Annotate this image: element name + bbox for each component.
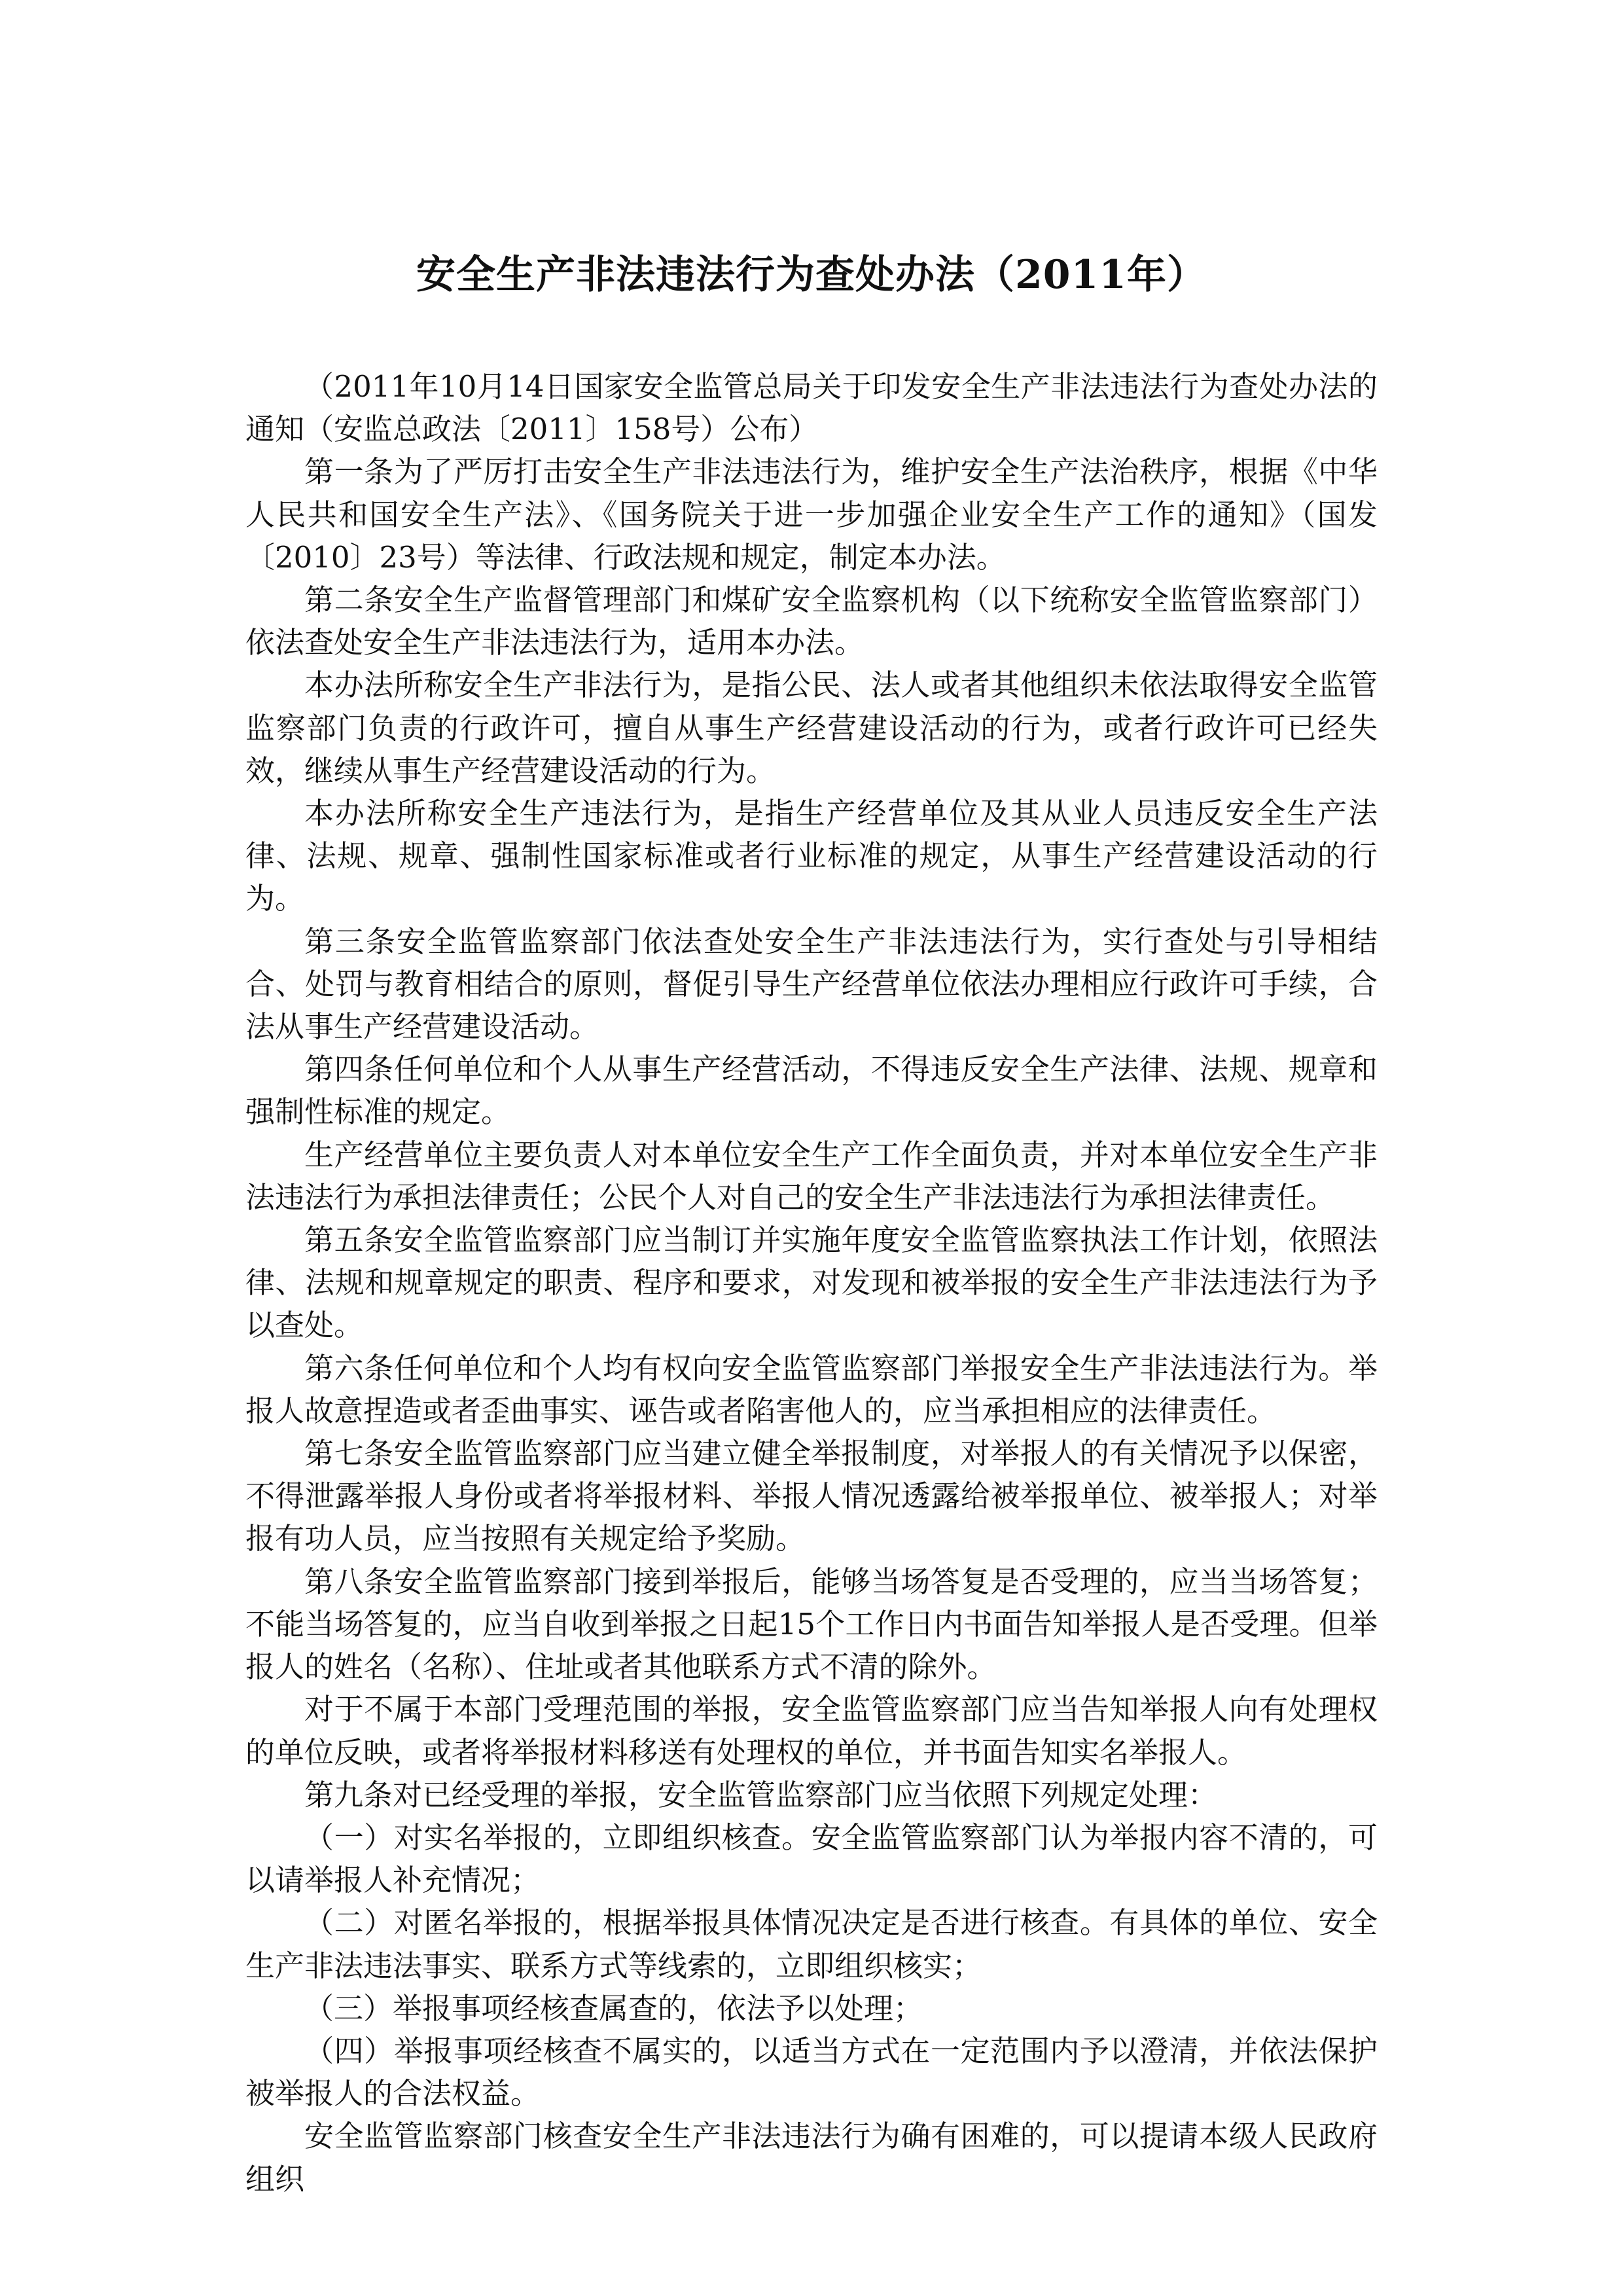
paragraph-article-6: 第六条任何单位和个人均有权向安全监管监察部门举报安全生产非法违法行为。举报人故意… xyxy=(245,1347,1378,1432)
paragraph-article-2: 第二条安全生产监督管理部门和煤矿安全监察机构（以下统称安全监管监察部门）依法查处… xyxy=(245,579,1378,664)
paragraph-article-4-responsibility: 生产经营单位主要负责人对本单位安全生产工作全面负责，并对本单位安全生产非法违法行… xyxy=(245,1134,1378,1219)
document-title: 安全生产非法违法行为查处办法（2011年） xyxy=(245,249,1378,301)
paragraph-article-3: 第三条安全监管监察部门依法查处安全生产非法违法行为，实行查处与引导相结合、处罚与… xyxy=(245,920,1378,1049)
paragraph-article-5: 第五条安全监管监察部门应当制订并实施年度安全监管监察执法工作计划，依照法律、法规… xyxy=(245,1219,1378,1347)
paragraph-article-9-item-1: （一）对实名举报的，立即组织核查。安全监管监察部门认为举报内容不清的，可以请举报… xyxy=(245,1816,1378,1901)
paragraph-violation-definition: 本办法所称安全生产违法行为，是指生产经营单位及其从业人员违反安全生产法律、法规、… xyxy=(245,792,1378,920)
paragraph-article-9-item-2: （二）对匿名举报的，根据举报具体情况决定是否进行核查。有具体的单位、安全生产非法… xyxy=(245,1901,1378,1986)
paragraph-preamble: （2011年10月14日国家安全监管总局关于印发安全生产非法违法行为查处办法的通… xyxy=(245,365,1378,450)
paragraph-article-9-difficulty: 安全监管监察部门核查安全生产非法违法行为确有困难的，可以提请本级人民政府组织 xyxy=(245,2115,1378,2200)
paragraph-article-1: 第一条为了严厉打击安全生产非法违法行为，维护安全生产法治秩序，根据《中华人民共和… xyxy=(245,450,1378,579)
paragraph-illegal-definition: 本办法所称安全生产非法行为，是指公民、法人或者其他组织未依法取得安全监管监察部门… xyxy=(245,664,1378,792)
paragraph-article-9-item-3: （三）举报事项经核查属查的，依法予以处理； xyxy=(245,1987,1378,2030)
paragraph-article-8-referral: 对于不属于本部门受理范围的举报，安全监管监察部门应当告知举报人向有处理权的单位反… xyxy=(245,1688,1378,1773)
document-body: （2011年10月14日国家安全监管总局关于印发安全生产非法违法行为查处办法的通… xyxy=(245,365,1378,2200)
paragraph-article-8: 第八条安全监管监察部门接到举报后，能够当场答复是否受理的，应当当场答复；不能当场… xyxy=(245,1560,1378,1689)
paragraph-article-9-item-4: （四）举报事项经核查不属实的，以适当方式在一定范围内予以澄清，并依法保护被举报人… xyxy=(245,2030,1378,2115)
paragraph-article-7: 第七条安全监管监察部门应当建立健全举报制度，对举报人的有关情况予以保密，不得泄露… xyxy=(245,1432,1378,1560)
paragraph-article-4: 第四条任何单位和个人从事生产经营活动，不得违反安全生产法律、法规、规章和强制性标… xyxy=(245,1048,1378,1133)
paragraph-article-9: 第九条对已经受理的举报，安全监管监察部门应当依照下列规定处理： xyxy=(245,1774,1378,1816)
